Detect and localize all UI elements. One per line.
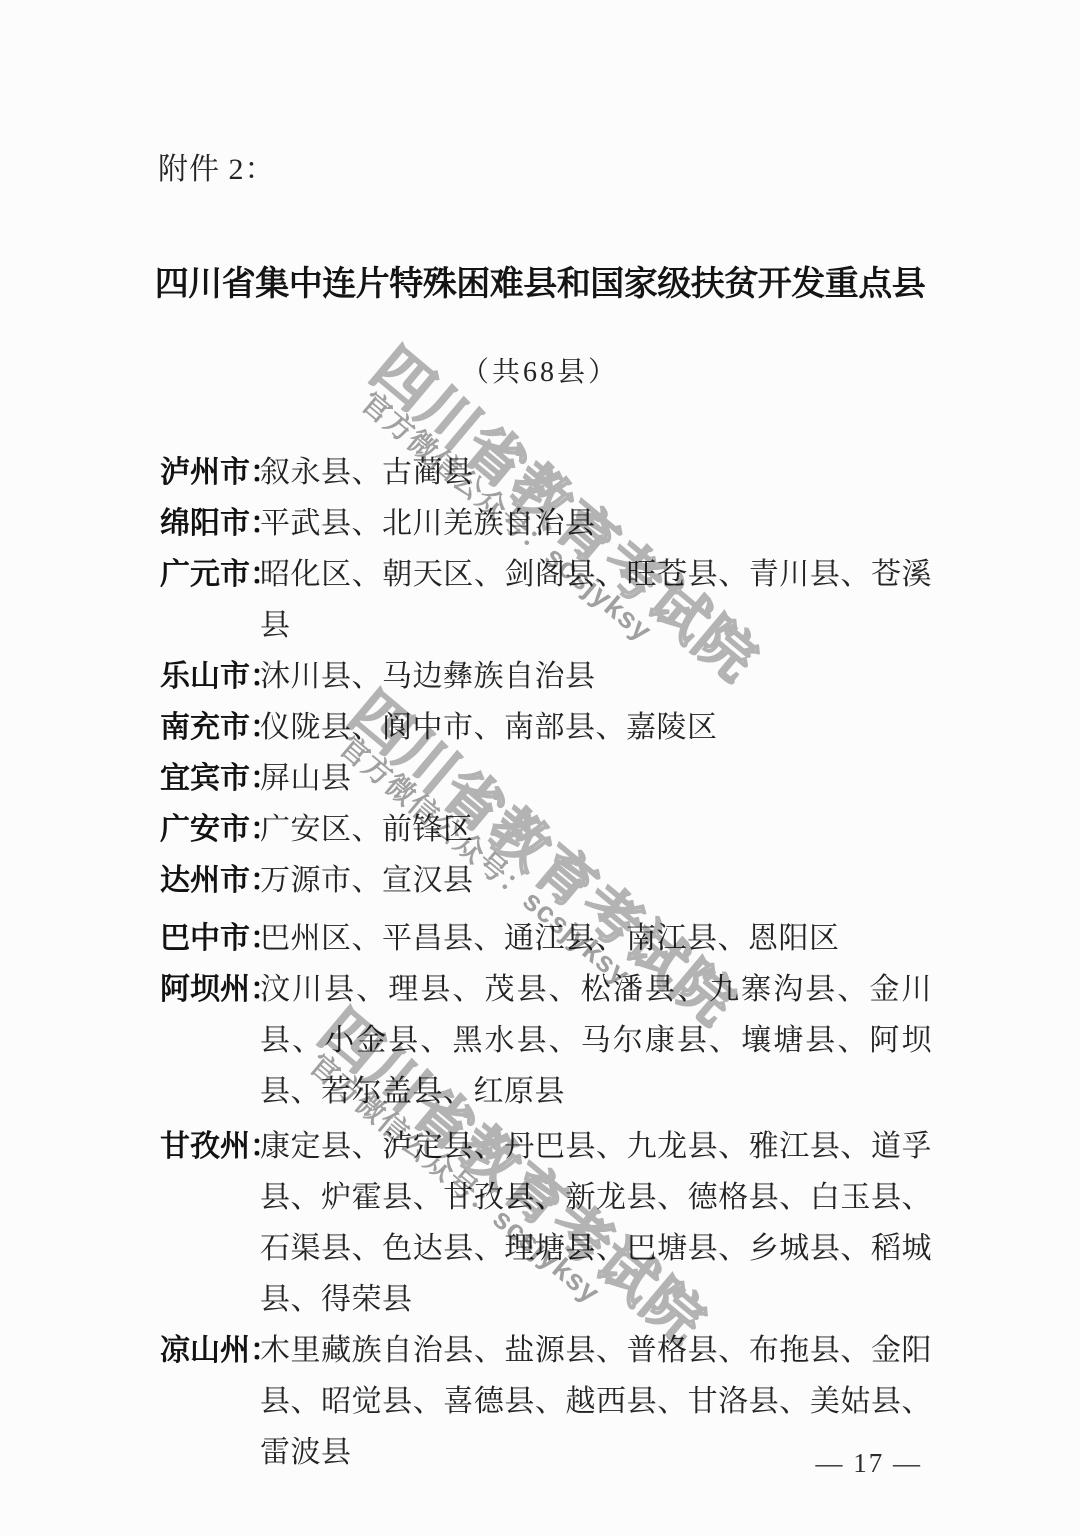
county-names: 屏山县	[260, 753, 932, 804]
region-label: 泸州市：	[160, 447, 260, 498]
county-names: 巴州区、平昌县、通江县、南江县、恩阳区	[260, 913, 932, 964]
region-label: 甘孜州：	[160, 1121, 260, 1325]
region-label: 宜宾市：	[160, 753, 260, 804]
region-label: 阿坝州：	[160, 964, 260, 1117]
list-item: 阿坝州： 汶川县、理县、茂县、松潘县、九寨沟县、金川县、小金县、黑水县、马尔康县…	[160, 964, 932, 1117]
region-county-list: 泸州市： 叙永县、古蔺县 绵阳市： 平武县、北川羌族自治县 广元市： 昭化区、朝…	[160, 447, 932, 1478]
county-names: 康定县、泸定县、丹巴县、九龙县、雅江县、道孚县、炉霍县、甘孜县、新龙县、德格县、…	[260, 1121, 932, 1325]
county-names: 广安区、前锋区	[260, 804, 932, 855]
county-names: 万源市、宣汉县	[260, 855, 932, 906]
county-names: 昭化区、朝天区、剑阁县、旺苍县、青川县、苍溪县	[260, 549, 932, 651]
list-item: 乐山市： 沐川县、马边彝族自治县	[160, 651, 932, 702]
region-label: 广元市：	[160, 549, 260, 651]
region-label: 凉山州：	[160, 1325, 260, 1478]
region-label: 南充市：	[160, 702, 260, 753]
county-names: 汶川县、理县、茂县、松潘县、九寨沟县、金川县、小金县、黑水县、马尔康县、壤塘县、…	[260, 964, 932, 1117]
region-label: 绵阳市：	[160, 498, 260, 549]
county-names: 叙永县、古蔺县	[260, 447, 932, 498]
region-label: 巴中市：	[160, 913, 260, 964]
page-number: — 17 —	[816, 1448, 923, 1479]
region-label: 达州市：	[160, 855, 260, 906]
list-item: 甘孜州： 康定县、泸定县、丹巴县、九龙县、雅江县、道孚县、炉霍县、甘孜县、新龙县…	[160, 1121, 932, 1325]
list-item: 巴中市： 巴州区、平昌县、通江县、南江县、恩阳区	[160, 913, 932, 964]
list-item: 绵阳市： 平武县、北川羌族自治县	[160, 498, 932, 549]
county-names: 沐川县、马边彝族自治县	[260, 651, 932, 702]
list-item: 达州市： 万源市、宣汉县	[160, 855, 932, 906]
page-title: 四川省集中连片特殊困难县和国家级扶贫开发重点县	[0, 256, 1080, 305]
county-names: 平武县、北川羌族自治县	[260, 498, 932, 549]
county-names: 仪陇县、阆中市、南部县、嘉陵区	[260, 702, 932, 753]
attachment-label: 附件 2：	[158, 144, 276, 188]
list-item: 广安市： 广安区、前锋区	[160, 804, 932, 855]
region-label: 乐山市：	[160, 651, 260, 702]
list-item: 南充市： 仪陇县、阆中市、南部县、嘉陵区	[160, 702, 932, 753]
list-item: 宜宾市： 屏山县	[160, 753, 932, 804]
list-item: 泸州市： 叙永县、古蔺县	[160, 447, 932, 498]
list-item: 广元市： 昭化区、朝天区、剑阁县、旺苍县、青川县、苍溪县	[160, 549, 932, 651]
page-subtitle: （共68县）	[0, 350, 1080, 390]
region-label: 广安市：	[160, 804, 260, 855]
